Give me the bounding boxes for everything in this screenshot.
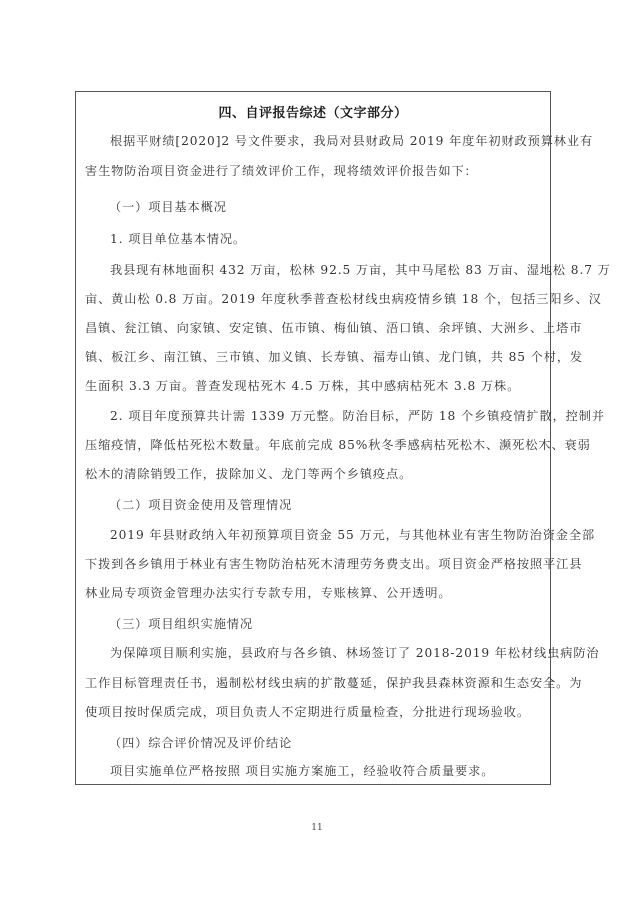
section-heading-2: （二）项目资金使用及管理情况 bbox=[85, 497, 567, 513]
paragraph-budget-line-1: 2. 项目年度预算共计需 1339 万元整。防治目标，严防 18 个乡镇疫情扩散… bbox=[85, 408, 568, 424]
section-heading-4: （四）综合评价情况及评价结论 bbox=[85, 735, 567, 751]
paragraph-forest-line-5: 生面积 3.3 万亩。普查发现枯死木 4.5 万株，其中感病枯死木 3.8 万株… bbox=[85, 378, 543, 394]
page-number: 11 bbox=[0, 823, 634, 833]
paragraph-budget-line-2: 压缩疫情，降低枯死松木数量。年底前完成 85%秋冬季感病枯死松木、濒死松木、衰弱 bbox=[85, 437, 543, 453]
paragraph-forest-line-3: 昌镇、瓮江镇、向家镇、安定镇、伍市镇、梅仙镇、浯口镇、余坪镇、大洲乡、上塔市 bbox=[85, 320, 543, 336]
report-title: 四、自评报告综述（文字部分） bbox=[76, 102, 550, 121]
paragraph-funds-line-2: 下拨到各乡镇用于林业有害生物防治枯死木清理劳务费支出。项目资金严格按照平江县 bbox=[85, 556, 543, 572]
paragraph-conclusion-line-1: 项目实施单位严格按照 项目实施方案施工，经验收符合质量要求。 bbox=[85, 763, 568, 779]
paragraph-forest-line-2: 亩、黄山松 0.8 万亩。2019 年度秋季普查松材线虫病疫情乡镇 18 个，包… bbox=[85, 291, 543, 307]
paragraph-implementation-line-3: 使项目按时保质完成，项目负责人不定期进行质量检查，分批进行现场验收。 bbox=[85, 704, 543, 720]
section-heading-1: （一）项目基本概况 bbox=[85, 199, 567, 215]
paragraph-funds-line-3: 林业局专项资金管理办法实行专款专用，专账核算、公开透明。 bbox=[85, 585, 543, 601]
paragraph-funds-line-1: 2019 年县财政纳入年初预算项目资金 55 万元，与其他林业有害生物防治资金全… bbox=[85, 527, 568, 543]
section-heading-3: （三）项目组织实施情况 bbox=[85, 616, 567, 632]
paragraph-forest-line-1: 我县现有林地面积 432 万亩，松林 92.5 万亩，其中马尾松 83 万亩、湿… bbox=[85, 262, 568, 278]
paragraph-implementation-line-2: 工作目标管理责任书，遏制松材线虫病的扩散蔓延，保护我县森林资源和生态安全。为 bbox=[85, 675, 543, 691]
paragraph-forest-line-4: 镇、板江乡、南江镇、三市镇、加义镇、长寿镇、福寿山镇、龙门镇，共 85 个村，发 bbox=[85, 349, 543, 365]
subsection-heading-1-1: 1. 项目单位基本情况。 bbox=[85, 231, 568, 247]
paragraph-budget-line-3: 松木的清除销毁工作，拔除加义、龙门等两个乡镇疫点。 bbox=[85, 466, 543, 482]
paragraph-intro-line-1: 根据平财绩[2020]2 号文件要求，我局对县财政局 2019 年度年初财政预算… bbox=[85, 133, 568, 149]
paragraph-implementation-line-1: 为保障项目顺利实施，县政府与各乡镇、林场签订了 2018-2019 年松材线虫病… bbox=[85, 645, 568, 661]
paragraph-intro-line-2: 害生物防治项目资金进行了绩效评价工作，现将绩效评价报告如下： bbox=[85, 163, 543, 179]
self-evaluation-report-box: 四、自评报告综述（文字部分） 根据平财绩[2020]2 号文件要求，我局对县财政… bbox=[75, 91, 551, 785]
